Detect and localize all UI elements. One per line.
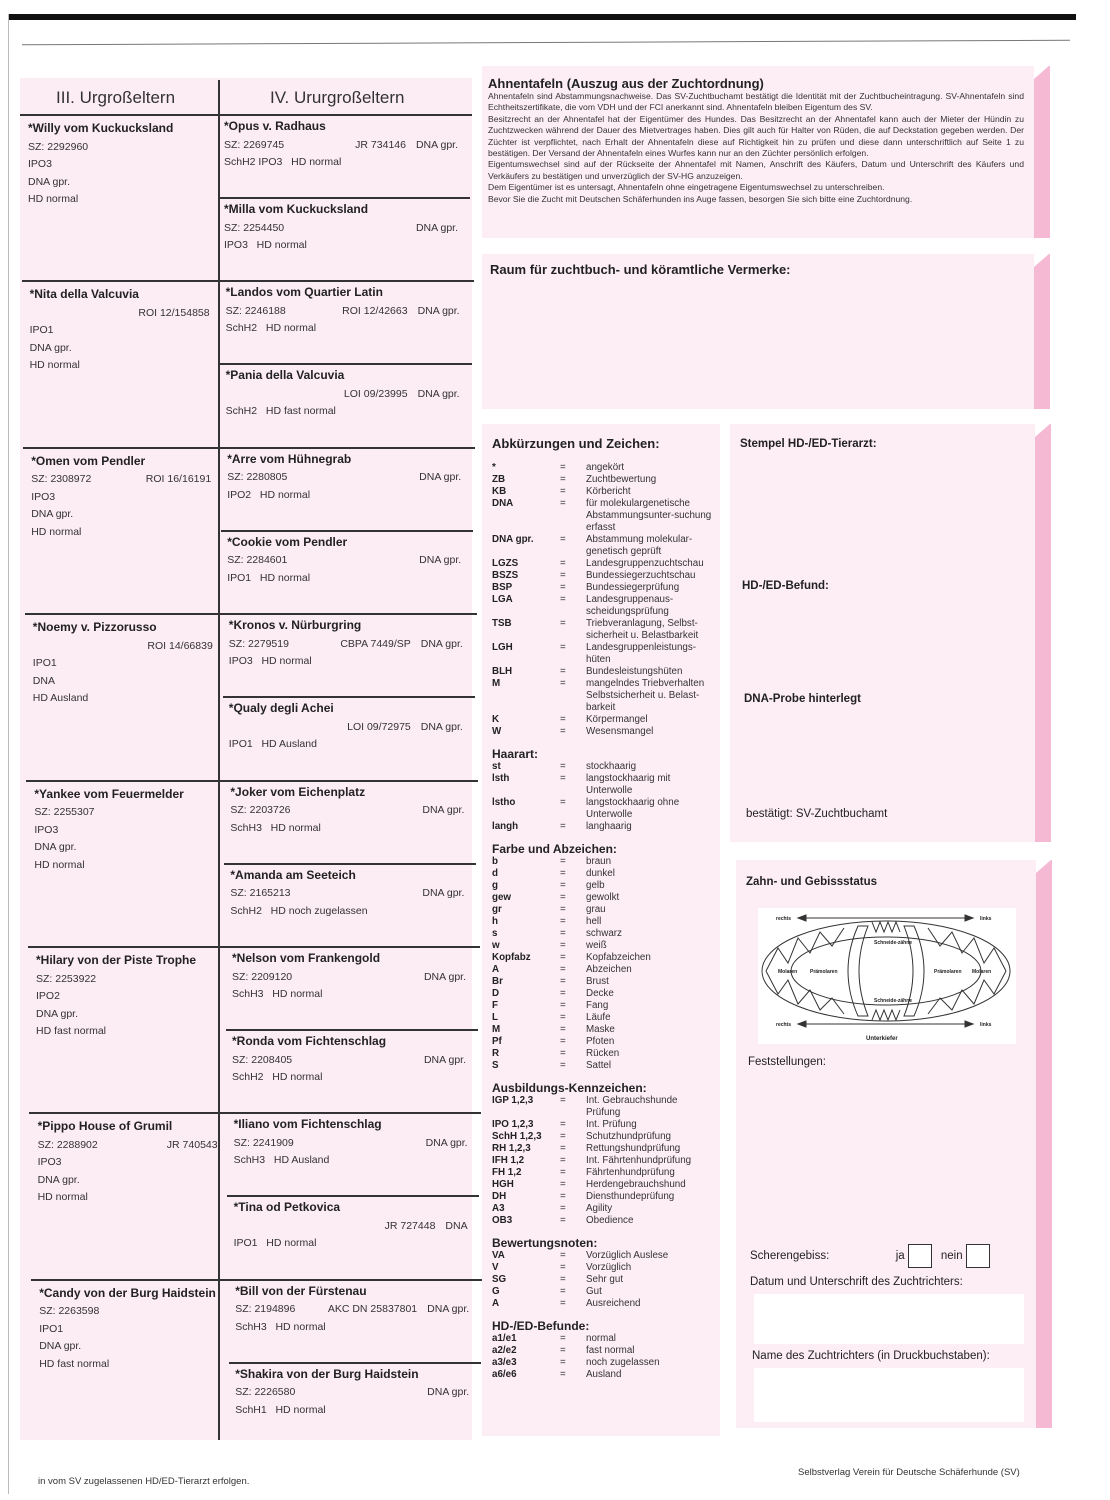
pedigree-half-divider (229, 1362, 481, 1364)
pedigree-row-divider (28, 946, 480, 948)
abbr-key: HGH (492, 1179, 560, 1191)
abbr-value: Landesgruppenaus-scheidungsprüfung (586, 594, 712, 618)
registration-row: SZ: 2203726DNA gpr. (230, 802, 464, 820)
equals-sign: = (560, 618, 586, 642)
judge-signature-field[interactable] (754, 1294, 1024, 1344)
abbr-key: IPO 1,2,3 (492, 1119, 560, 1131)
pedigree-row-divider (25, 613, 477, 615)
abbreviation-row: BLH=Bundesleistungshüten (492, 666, 712, 678)
great-great-grandparent-entry: *Iliano vom FichtenschlagSZ: 2241909DNA … (234, 1116, 468, 1170)
great-grandparent-entry: *Noemy v. PizzorussoROI 14/66839IPO1DNAH… (33, 619, 213, 708)
abbreviation-row: M=mangelndes Triebverhalten Selbstsicher… (492, 678, 712, 714)
dna-status: DNA gpr. (421, 719, 463, 737)
sz-number (234, 1218, 326, 1236)
equals-sign: = (560, 1262, 586, 1274)
color-marking-row: w=weiß (492, 940, 712, 952)
pedigree-half-divider (218, 197, 470, 199)
training-title-row: DH=Diensthundeprüfung (492, 1191, 712, 1203)
equals-sign: = (560, 594, 586, 618)
equals-sign: = (560, 797, 586, 821)
abbr-key: Br (492, 976, 560, 988)
abbreviation-row: LGZS=Landesgruppenzuchtschau (492, 558, 712, 570)
registration-row: SZ: 2255307 (34, 804, 214, 822)
abbr-key: s (492, 928, 560, 940)
sz-number: SZ: 2284601 (227, 552, 319, 570)
equals-sign: = (560, 1298, 586, 1310)
findings-label: Feststellungen: (748, 1056, 826, 1068)
abbr-key: OB3 (492, 1215, 560, 1227)
equals-sign: = (560, 892, 586, 904)
dog-detail: DNA gpr. (30, 340, 210, 358)
equals-sign: = (560, 1286, 586, 1298)
grade-title: Bewertungsnoten: (492, 1237, 712, 1249)
abbr-value: Pfoten (586, 1036, 712, 1048)
equals-sign: = (560, 880, 586, 892)
foreign-reg-number (322, 885, 422, 903)
abbr-value: Rettungshundprüfung (586, 1143, 712, 1155)
column-title-great-grandparents: III. Urgroßeltern (56, 88, 175, 108)
sz-number: SZ: 2208405 (232, 1052, 324, 1070)
abbr-value: Decke (586, 988, 712, 1000)
color-marking-row: S=Sattel (492, 1060, 712, 1072)
dog-detail: SchH2 HD fast normal (226, 403, 460, 421)
abbr-key: DNA (492, 498, 560, 534)
color-marking-title: Farbe und Abzeichen: (492, 843, 712, 855)
foreign-reg-number (319, 469, 419, 487)
dog-name: *Opus v. Radhaus (224, 118, 458, 136)
dog-detail: SchH3 HD Ausland (234, 1152, 468, 1170)
dog-detail: IPO2 HD normal (227, 487, 461, 505)
equals-sign: = (560, 726, 586, 738)
foreign-reg-number: ROI 14/66839 (147, 638, 212, 656)
abbr-key: w (492, 940, 560, 952)
abbr-value: langstockhaarig mit Unterwolle (586, 773, 712, 797)
notes-panel[interactable]: Raum für zuchtbuch- und köramtliche Verm… (482, 254, 1034, 409)
dog-detail: HD Ausland (33, 690, 213, 708)
equals-sign: = (560, 952, 586, 964)
dog-detail: SchH2 HD normal (226, 320, 460, 338)
registration-row: SZ: 2165213DNA gpr. (230, 885, 464, 903)
great-great-grandparent-entry: *Nelson vom FrankengoldSZ: 2209120DNA gp… (232, 950, 466, 1004)
dog-name: *Yankee vom Feuermelder (34, 786, 214, 804)
color-marking-row: Kopfabz=Kopfabzeichen (492, 952, 712, 964)
hair-type-row: langh=langhaarig (492, 821, 712, 833)
abbr-value: fast normal (586, 1345, 712, 1357)
scissor-yes-checkbox[interactable] (908, 1244, 932, 1268)
abbr-key: gew (492, 892, 560, 904)
abbreviation-row: LGH=Landesgruppenleistungs-hüten (492, 642, 712, 666)
registration-row: SZ: 2253922 (36, 971, 216, 989)
vet-stamp-label: Stempel HD-/ED-Tierarzt: (740, 438, 877, 450)
great-great-grandparent-entry: *Bill von der FürstenauSZ: 2194896AKC DN… (235, 1283, 469, 1337)
registration-row: LOI 09/72975DNA gpr. (229, 719, 463, 737)
abbr-value: Fährtenhundprüfung (586, 1167, 712, 1179)
ahnentafeln-text-3: Eigentumswechsel sind auf der Rückseite … (488, 159, 1024, 182)
abbr-value: angekört (586, 462, 712, 474)
grade-row: V=Vorzüglich (492, 1262, 712, 1274)
abbr-value: Sehr gut (586, 1274, 712, 1286)
abbr-value: hell (586, 916, 712, 928)
registration-row: ROI 12/154858 (30, 305, 210, 323)
registration-row: SZ: 2280805DNA gpr. (227, 469, 461, 487)
abbr-value: Läufe (586, 1012, 712, 1024)
equals-sign: = (560, 1333, 586, 1345)
dog-name: *Shakira von der Burg Haidstein (235, 1366, 469, 1384)
dog-name: *Amanda am Seeteich (230, 867, 464, 885)
abbr-value: mangelndes Triebverhalten Selbstsicherhe… (586, 678, 712, 714)
training-title-row: OB3=Obedience (492, 1215, 712, 1227)
teeth-tab (1036, 860, 1052, 1428)
great-grandparent-entry: *Yankee vom FeuermelderSZ: 2255307IPO3DN… (34, 786, 214, 875)
footer-publisher: Selbstverlag Verein für Deutsche Schäfer… (798, 1467, 1020, 1478)
abbr-value: schwarz (586, 928, 712, 940)
training-title-row: IPO 1,2,3=Int. Prüfung (492, 1119, 712, 1131)
equals-sign: = (560, 498, 586, 534)
great-great-grandparent-entry: *Ronda vom FichtenschlagSZ: 2208405DNA g… (232, 1033, 466, 1087)
abbr-key: A3 (492, 1203, 560, 1215)
great-great-grandparent-entry: *Landos vom Quartier LatinSZ: 2246188ROI… (226, 284, 460, 338)
abbr-key: A (492, 1298, 560, 1310)
dog-name: *Nelson vom Frankengold (232, 950, 466, 968)
abbreviation-row: DNA=für molekulargenetische Abstammungsu… (492, 498, 712, 534)
foreign-reg-number (322, 802, 422, 820)
registration-row: SZ: 2279519CBPA 7449/SPDNA gpr. (229, 636, 463, 654)
dna-status: DNA gpr. (419, 469, 461, 487)
color-marking-row: s=schwarz (492, 928, 712, 940)
abbr-key: SG (492, 1274, 560, 1286)
dog-detail: IPO1 HD Ausland (229, 736, 463, 754)
abbr-value: Agility (586, 1203, 712, 1215)
abbr-value: braun (586, 856, 712, 868)
training-title-row: HGH=Herdengebrauchshund (492, 1179, 712, 1191)
scissor-bite-row: Scherengebiss: ja nein (750, 1244, 996, 1268)
grade-row: SG=Sehr gut (492, 1274, 712, 1286)
great-grandparent-entry: *Pippo House of GrumilSZ: 2288902JR 7405… (38, 1118, 218, 1207)
vet-tab (1035, 424, 1051, 842)
registration-row: SZ: 2284601DNA gpr. (227, 552, 461, 570)
pedigree-header-line (20, 114, 472, 116)
abbreviation-row: DNA gpr.=Abstammung molekular-genetisch … (492, 534, 712, 558)
abbr-value: Bundesleistungshüten (586, 666, 712, 678)
training-title-row: IFH 1,2=Int. Fährtenhundprüfung (492, 1155, 712, 1167)
hd-ed-result-title: HD-/ED-Befunde: (492, 1320, 712, 1332)
dna-status: DNA (445, 1218, 467, 1236)
dog-detail: SchH3 HD normal (232, 986, 466, 1004)
equals-sign: = (560, 1048, 586, 1060)
color-marking-row: b=braun (492, 856, 712, 868)
sz-number: SZ: 2255307 (34, 804, 94, 822)
notes-tab (1034, 254, 1050, 409)
color-marking-row: d=dunkel (492, 868, 712, 880)
dental-label-lower-jaw: Unterkiefer (866, 1036, 898, 1042)
dog-detail: IPO3 HD normal (224, 237, 458, 255)
abbr-value: Abstammung molekular-genetisch geprüft (586, 534, 712, 558)
foreign-reg-number: AKC DN 25837801 (327, 1301, 427, 1319)
pedigree-row-divider (29, 1112, 481, 1114)
foreign-reg-number: ROI 12/154858 (138, 305, 209, 323)
great-great-grandparent-entry: *Amanda am SeeteichSZ: 2165213DNA gpr.Sc… (230, 867, 464, 921)
abbr-key: A (492, 964, 560, 976)
dog-name: *Bill von der Fürstenau (235, 1283, 469, 1301)
abbr-key: KB (492, 486, 560, 498)
dog-name: *Cookie vom Pendler (227, 534, 461, 552)
abbr-value: langstockhaarig ohne Unterwolle (586, 797, 712, 821)
dog-name: *Milla vom Kuckucksland (224, 201, 458, 219)
header-rule (22, 40, 1070, 46)
ahnentafeln-text-4: Dem Eigentümer ist es untersagt, Ahnenta… (488, 182, 1024, 193)
equals-sign: = (560, 868, 586, 880)
training-title-row: RH 1,2,3=Rettungshundprüfung (492, 1143, 712, 1155)
equals-sign: = (560, 1345, 586, 1357)
sz-number: SZ: 2194896 (235, 1301, 327, 1319)
equals-sign: = (560, 1179, 586, 1191)
abbr-value: langhaarig (586, 821, 712, 833)
pedigree-row-divider (26, 780, 478, 782)
sz-number: SZ: 2279519 (229, 636, 321, 654)
abbr-key: a6/e6 (492, 1369, 560, 1381)
dog-name: *Noemy v. Pizzorusso (33, 619, 213, 637)
dog-name: *Nita della Valcuvia (30, 286, 210, 304)
abbr-key: langh (492, 821, 560, 833)
scan-left-edge (8, 14, 9, 1494)
equals-sign: = (560, 1060, 586, 1072)
scissor-no-checkbox[interactable] (966, 1244, 990, 1268)
dental-label-incisors-bottom: Schneide-zähne (874, 998, 912, 1004)
equals-sign: = (560, 558, 586, 570)
training-title-row: FH 1,2=Fährtenhundprüfung (492, 1167, 712, 1179)
foreign-reg-number (324, 1052, 424, 1070)
dog-detail: SchH2 HD normal (232, 1069, 466, 1087)
abbreviation-row: K=Körpermangel (492, 714, 712, 726)
color-marking-row: gr=grau (492, 904, 712, 916)
great-great-grandparent-entry: *Tina od PetkovicaJR 727448DNAIPO1 HD no… (234, 1199, 468, 1253)
foreign-reg-number (316, 220, 416, 238)
equals-sign: = (560, 1000, 586, 1012)
equals-sign: = (560, 642, 586, 666)
registration-row: SZ: 2226580DNA gpr. (235, 1384, 469, 1402)
abbr-key: lsth (492, 773, 560, 797)
abbreviation-row: TSB=Triebveranlagung, Selbst-sicherheit … (492, 618, 712, 642)
pedigree-half-divider (220, 363, 472, 365)
abbr-value: grau (586, 904, 712, 916)
abbr-key: D (492, 988, 560, 1000)
equals-sign: = (560, 1369, 586, 1381)
equals-sign: = (560, 678, 586, 714)
abbr-key: SchH 1,2,3 (492, 1131, 560, 1143)
registration-row: LOI 09/23995DNA gpr. (226, 386, 460, 404)
dog-detail: HD normal (31, 524, 211, 542)
great-grandparent-entry: *Nita della ValcuviaROI 12/154858IPO1DNA… (30, 286, 210, 375)
sz-number: SZ: 2241909 (234, 1135, 326, 1153)
abbr-key: ZB (492, 474, 560, 486)
dog-detail: IPO1 (30, 322, 210, 340)
dog-name: *Hilary von der Piste Trophe (36, 952, 216, 970)
registration-row: SZ: 2241909DNA gpr. (234, 1135, 468, 1153)
color-marking-row: F=Fang (492, 1000, 712, 1012)
sz-number: SZ: 2280805 (227, 469, 319, 487)
equals-sign: = (560, 1012, 586, 1024)
abbr-key: S (492, 1060, 560, 1072)
color-marking-row: Pf=Pfoten (492, 1036, 712, 1048)
pedigree-half-divider (221, 530, 473, 532)
abbr-value: Gut (586, 1286, 712, 1298)
dental-label-rechts-top: rechts (776, 916, 791, 922)
dog-name: *Ronda vom Fichtenschlag (232, 1033, 466, 1051)
dna-status: DNA gpr. (418, 303, 460, 321)
dental-label-incisors-top: Schneide-zähne (874, 940, 912, 946)
sz-number: SZ: 2253922 (36, 971, 96, 989)
great-great-grandparent-entry: *Arre vom HühnegrabSZ: 2280805DNA gpr.IP… (227, 451, 461, 505)
dog-name: *Joker vom Eichenplatz (230, 784, 464, 802)
abbr-key: F (492, 1000, 560, 1012)
registration-row: SZ: 2194896AKC DN 25837801DNA gpr. (235, 1301, 469, 1319)
grade-row: A=Ausreichend (492, 1298, 712, 1310)
dna-sample-label: DNA-Probe hinterlegt (744, 693, 861, 705)
color-marking-row: g=gelb (492, 880, 712, 892)
registration-row: SZ: 2208405DNA gpr. (232, 1052, 466, 1070)
foreign-reg-number: ROI 16/16191 (146, 471, 211, 489)
dog-detail: SchH3 HD normal (230, 820, 464, 838)
ahnentafeln-title: Ahnentafeln (Auszug aus der Zuchtordnung… (488, 76, 1024, 91)
abbr-value: Kopfabzeichen (586, 952, 712, 964)
dog-detail: DNA gpr. (28, 174, 208, 192)
equals-sign: = (560, 534, 586, 558)
abbr-value: Fang (586, 1000, 712, 1012)
foreign-reg-number: CBPA 7449/SP (321, 636, 421, 654)
dog-detail: IPO3 (31, 489, 211, 507)
abbr-key: g (492, 880, 560, 892)
pedigree-half-divider (224, 863, 476, 865)
sz-number: SZ: 2288902 (38, 1137, 98, 1155)
foreign-reg-number: LOI 09/23995 (318, 386, 418, 404)
dog-detail: IPO1 HD normal (234, 1235, 468, 1253)
registration-row: SZ: 2209120DNA gpr. (232, 969, 466, 987)
abbr-value: Obedience (586, 1215, 712, 1227)
training-title-row: SchH 1,2,3=Schutzhundprüfung (492, 1131, 712, 1143)
abbr-value: Landesgruppenleistungs-hüten (586, 642, 712, 666)
abbr-key: st (492, 761, 560, 773)
great-great-grandparent-entry: *Shakira von der Burg HaidsteinSZ: 22265… (235, 1366, 469, 1420)
sz-number: SZ: 2292960 (28, 139, 88, 157)
registration-row: SZ: 2246188ROI 12/42663DNA gpr. (226, 303, 460, 321)
dental-label-premolars-left: Prämolaren (810, 969, 838, 975)
great-great-grandparent-entry: *Joker vom EichenplatzSZ: 2203726DNA gpr… (230, 784, 464, 838)
color-marking-row: A=Abzeichen (492, 964, 712, 976)
dental-label-links-bottom: links (980, 1022, 992, 1028)
dog-detail: SchH2 IPO3 HD normal (224, 154, 458, 172)
abbr-value: Int. Gebrauchshunde Prüfung (586, 1095, 712, 1119)
dog-detail: HD normal (30, 357, 210, 375)
abbr-value: Körbericht (586, 486, 712, 498)
equals-sign: = (560, 1131, 586, 1143)
dog-detail: IPO2 (36, 988, 216, 1006)
pedigree-half-divider (223, 696, 475, 698)
dog-detail: DNA gpr. (38, 1172, 218, 1190)
abbr-key: LGA (492, 594, 560, 618)
abbr-key: DNA gpr. (492, 534, 560, 558)
dog-name: *Arre vom Hühnegrab (227, 451, 461, 469)
registration-row: SZ: 2288902JR 740543 (38, 1137, 218, 1155)
abbr-key: h (492, 916, 560, 928)
abbr-key: R (492, 1048, 560, 1060)
equals-sign: = (560, 1119, 586, 1131)
pedigree-half-divider (227, 1195, 479, 1197)
sz-number: SZ: 2203726 (230, 802, 322, 820)
dental-label-molars-right: Molaren (972, 969, 991, 975)
abbr-key: M (492, 1024, 560, 1036)
hair-type-row: st=stockhaarig (492, 761, 712, 773)
equals-sign: = (560, 928, 586, 940)
abbr-key: M (492, 678, 560, 714)
confirmed-label: bestätigt: SV-Zuchtbuchamt (746, 808, 887, 820)
dental-label-molars-left: Molaren (778, 969, 797, 975)
great-great-grandparent-entry: *Milla vom KuckuckslandSZ: 2254450DNA gp… (224, 201, 458, 255)
abbr-key: K (492, 714, 560, 726)
dna-status: DNA gpr. (424, 969, 466, 987)
foreign-reg-number: LOI 09/72975 (321, 719, 421, 737)
dna-status: DNA gpr. (426, 1135, 468, 1153)
dna-status: DNA gpr. (419, 552, 461, 570)
judge-name-field[interactable] (754, 1368, 1024, 1422)
color-marking-row: Br=Brust (492, 976, 712, 988)
abbr-key: a3/e3 (492, 1357, 560, 1369)
foreign-reg-number: JR 740543 (167, 1137, 218, 1155)
equals-sign: = (560, 916, 586, 928)
grade-row: G=Gut (492, 1286, 712, 1298)
training-title-row: A3=Agility (492, 1203, 712, 1215)
abbr-value: für molekulargenetische Abstammungsunter… (586, 498, 712, 534)
dog-detail: IPO3 (28, 156, 208, 174)
equals-sign: = (560, 904, 586, 916)
abbr-key: V (492, 1262, 560, 1274)
judge-name-label: Name des Zuchtrichters (in Druckbuchstab… (752, 1350, 990, 1362)
abbr-value: Wesensmangel (586, 726, 712, 738)
abbr-key: FH 1,2 (492, 1167, 560, 1179)
color-marking-row: h=hell (492, 916, 712, 928)
dna-status: DNA gpr. (427, 1301, 469, 1319)
equals-sign: = (560, 582, 586, 594)
abbr-key: BLH (492, 666, 560, 678)
registration-row: ROI 14/66839 (33, 638, 213, 656)
foreign-reg-number: ROI 12/42663 (318, 303, 418, 321)
notes-title: Raum für zuchtbuch- und köramtliche Verm… (490, 262, 791, 277)
equals-sign: = (560, 1203, 586, 1215)
dna-status: DNA gpr. (416, 220, 458, 238)
dental-chart-diagram: rechts links rechts links Prämolaren Prä… (758, 908, 1016, 1044)
judge-signature-label: Datum und Unterschrift des Zuchtrichters… (750, 1276, 963, 1288)
sz-number: SZ: 2209120 (232, 969, 324, 987)
abbr-value: stockhaarig (586, 761, 712, 773)
scissor-bite-label: Scherengebiss: (750, 1250, 829, 1262)
equals-sign: = (560, 976, 586, 988)
abbr-key: L (492, 1012, 560, 1024)
abbr-value: Ausreichend (586, 1298, 712, 1310)
training-title-title: Ausbildungs-Kennzeichen: (492, 1082, 712, 1094)
great-grandparent-entry: *Omen vom PendlerSZ: 2308972ROI 16/16191… (31, 453, 211, 542)
pedigree-half-divider (226, 1029, 478, 1031)
abbr-value: Bundessiegerzuchtschau (586, 570, 712, 582)
hd-ed-result-row: a6/e6=Ausland (492, 1369, 712, 1381)
dna-status: DNA gpr. (427, 1384, 469, 1402)
equals-sign: = (560, 1191, 586, 1203)
equals-sign: = (560, 486, 586, 498)
dog-detail: IPO3 HD normal (229, 653, 463, 671)
abbreviations-title: Abkürzungen und Zeichen: (492, 438, 712, 450)
equals-sign: = (560, 1095, 586, 1119)
dog-name: *Candy von der Burg Haidstein (39, 1285, 219, 1303)
ahnentafeln-tab (1034, 66, 1050, 238)
color-marking-row: L=Läufe (492, 1012, 712, 1024)
